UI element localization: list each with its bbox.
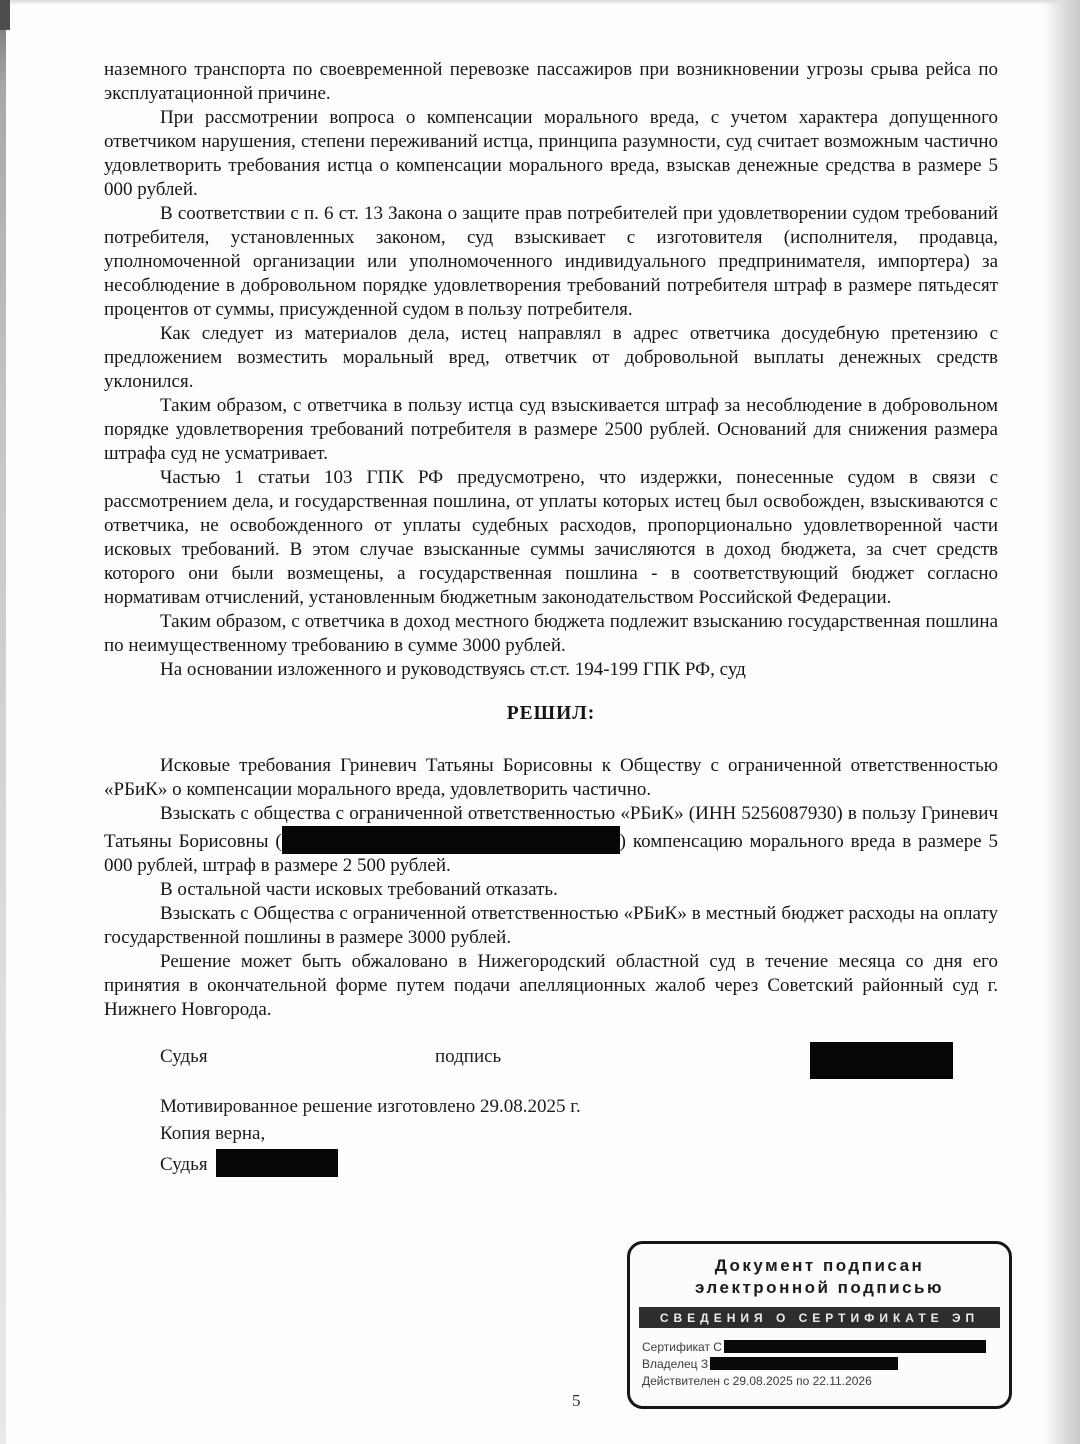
ruling-paragraph: В остальной части исковых требований отк… (104, 878, 998, 902)
scan-edge-top (0, 0, 1080, 5)
ruling-paragraph: Исковые требования Гриневич Татьяны Бори… (104, 754, 998, 802)
paragraph: Как следует из материалов дела, истец на… (104, 322, 998, 394)
ruling-paragraph: Взыскать с общества с ограниченной ответ… (104, 802, 998, 878)
judge-copy-line: Судья (160, 1149, 338, 1177)
redaction-box (810, 1042, 953, 1079)
certificate-details: Сертификат С Владелец З Действителен с 2… (642, 1339, 1009, 1390)
paragraph: Таким образом, с ответчика в пользу истц… (104, 394, 998, 466)
paragraph: На основании изложенного и руководствуяс… (104, 658, 998, 682)
electronic-signature-stamp: Документ подписан электронной подписью С… (627, 1241, 1012, 1409)
redaction-box (216, 1149, 338, 1177)
paragraph: При рассмотрении вопроса о компенсации м… (104, 106, 998, 202)
scan-edge-right (1044, 0, 1080, 1444)
scanned-court-decision-page: { "content": { "paragraphs_before_ruling… (0, 0, 1080, 1444)
ruling-paragraph: Решение может быть обжаловано в Нижегоро… (104, 950, 998, 1022)
document-body: наземного транспорта по своевременной пе… (104, 58, 998, 1022)
certificate-validity-row: Действителен с 29.08.2025 по 22.11.2026 (642, 1373, 1009, 1390)
signature-placeholder-label: подпись (435, 1046, 501, 1068)
scan-corner-artifact (0, 0, 10, 30)
ruling-paragraph: Взыскать с Общества с ограниченной ответ… (104, 902, 998, 950)
redaction-box (710, 1357, 898, 1370)
paragraph: Частью 1 статьи 103 ГПК РФ предусмотрено… (104, 466, 998, 610)
judge-label: Судья (160, 1154, 208, 1175)
owner-label: Владелец З (642, 1357, 708, 1371)
judge-label: Судья (160, 1046, 208, 1068)
certificate-label: Сертификат С (642, 1340, 722, 1354)
motivated-decision-line: Мотивированное решение изготовлено 29.08… (160, 1096, 581, 1118)
paragraph: Таким образом, с ответчика в доход местн… (104, 610, 998, 658)
paragraph: В соответствии с п. 6 ст. 13 Закона о за… (104, 202, 998, 322)
scan-edge-left (0, 0, 6, 1444)
stamp-title-line2: электронной подписью (630, 1277, 1009, 1299)
stamp-title-line1: Документ подписан (630, 1255, 1009, 1277)
ruling-heading: РЕШИЛ: (104, 702, 998, 726)
page-number: 5 (572, 1391, 581, 1411)
copy-certified-line: Копия верна, (160, 1123, 265, 1145)
certificate-owner-row: Владелец З (642, 1356, 1009, 1373)
certificate-info-bar: СВЕДЕНИЯ О СЕРТИФИКАТЕ ЭП (639, 1307, 1000, 1328)
paragraph: наземного транспорта по своевременной пе… (104, 58, 998, 106)
stamp-title: Документ подписан электронной подписью (630, 1255, 1009, 1299)
redaction-box (724, 1340, 986, 1353)
certificate-number-row: Сертификат С (642, 1339, 1009, 1356)
redaction-box (282, 826, 620, 854)
signature-row: Судья подпись (104, 1042, 998, 1082)
